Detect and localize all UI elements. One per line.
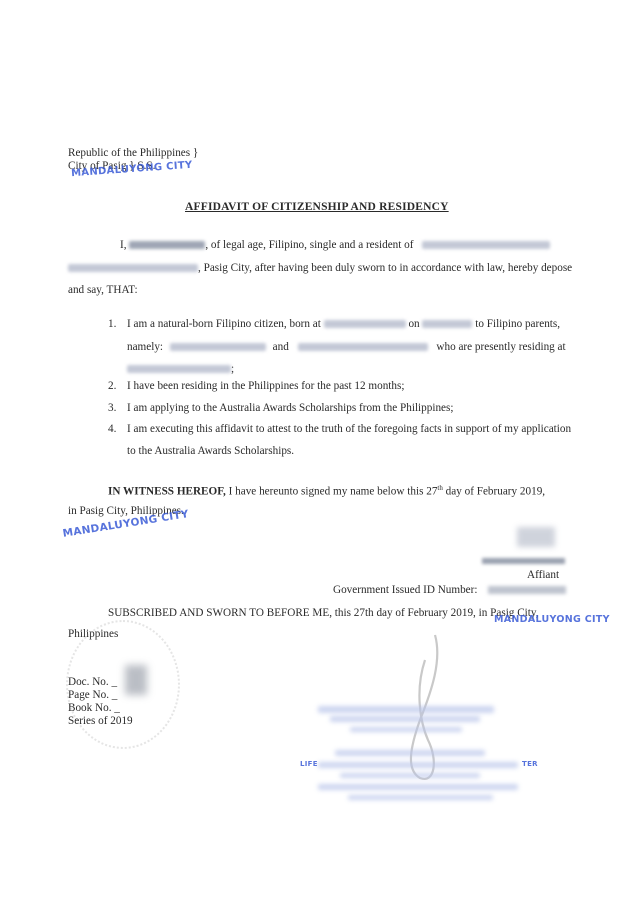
item-1-number: 1. — [108, 318, 116, 330]
redacted-id-number — [488, 586, 566, 594]
redacted-mother-name — [298, 343, 428, 351]
item-3-text: I am applying to the Australia Awards Sc… — [127, 402, 453, 414]
notary-stamp-line-1 — [318, 706, 494, 713]
jurat-line-1: SUBSCRIBED AND SWORN TO BEFORE ME, this … — [108, 607, 539, 619]
intro-line-3: and say, THAT: — [68, 284, 138, 296]
redacted-father-name — [170, 343, 266, 351]
intro-line-1: I, , of legal age, Filipino, single and … — [120, 239, 550, 251]
jurat-city-stamp: MANDALUYONG CITY — [494, 614, 610, 625]
notary-stamp-line-8 — [348, 795, 493, 800]
item-4-text-2: to the Australia Awards Scholarships. — [127, 445, 294, 457]
notary-stamp-left-text: LIFE — [300, 760, 318, 768]
page-number: Page No. _ — [68, 689, 117, 701]
book-number: Book No. _ — [68, 702, 120, 714]
item-2-text: I have been residing in the Philippines … — [127, 380, 404, 392]
notary-stamp-line-3 — [350, 727, 462, 732]
notary-stamp-line-5 — [318, 762, 518, 768]
document-title: AFFIDAVIT OF CITIZENSHIP AND RESIDENCY — [185, 201, 449, 213]
redacted-birthplace — [324, 320, 406, 328]
government-id-label: Government Issued ID Number: — [333, 584, 477, 596]
notary-stamp-line-7 — [318, 784, 518, 790]
notary-stamp-right-text: TER — [522, 760, 538, 768]
doc-number: Doc. No. _ — [68, 676, 117, 688]
venue-republic: Republic of the Philippines } — [68, 147, 198, 159]
affiant-label: Affiant — [527, 569, 559, 581]
item-4-text: I am executing this affidavit to attest … — [127, 423, 571, 435]
redacted-address — [422, 241, 550, 249]
redacted-affiant-name — [129, 241, 205, 249]
witness-line-1: IN WITNESS HEREOF, I have hereunto signe… — [108, 484, 545, 498]
intro-line-2: , Pasig City, after having been duly swo… — [68, 262, 572, 274]
item-4-number: 4. — [108, 423, 116, 435]
redacted-subdivision — [68, 264, 198, 272]
item-2-number: 2. — [108, 380, 116, 392]
redacted-affiant-printed-name — [482, 558, 565, 564]
series-year: Series of 2019 — [68, 715, 133, 727]
item-1-line-3: ; — [127, 363, 234, 375]
notary-seal-mark — [125, 665, 147, 695]
item-3-number: 3. — [108, 402, 116, 414]
item-1-line-1: I am a natural-born Filipino citizen, bo… — [127, 318, 560, 330]
redacted-birthdate — [422, 320, 472, 328]
notary-stamp-line-4 — [335, 750, 485, 756]
item-1-line-2: namely: and who are presently residing a… — [127, 341, 566, 353]
redacted-parents-address — [127, 365, 231, 373]
notary-stamp-line-2 — [330, 716, 480, 722]
notary-stamp-line-6 — [340, 773, 480, 778]
affiant-signature — [517, 527, 555, 547]
